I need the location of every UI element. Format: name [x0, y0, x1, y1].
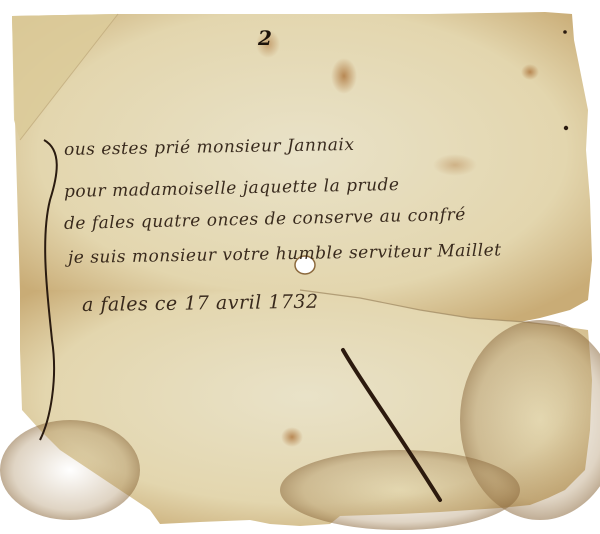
letter-date-line: a fales ce 17 avril 1732: [82, 291, 319, 316]
page-number: 2: [258, 26, 272, 50]
stain-bottom: [281, 427, 303, 447]
paper-upper: [12, 12, 592, 322]
stain-mid: [433, 154, 477, 176]
manuscript-page: 2 ous estes prié monsieur Jannaix pour m…: [0, 0, 600, 534]
stain-top: [331, 58, 357, 94]
stain-right: [521, 64, 539, 80]
